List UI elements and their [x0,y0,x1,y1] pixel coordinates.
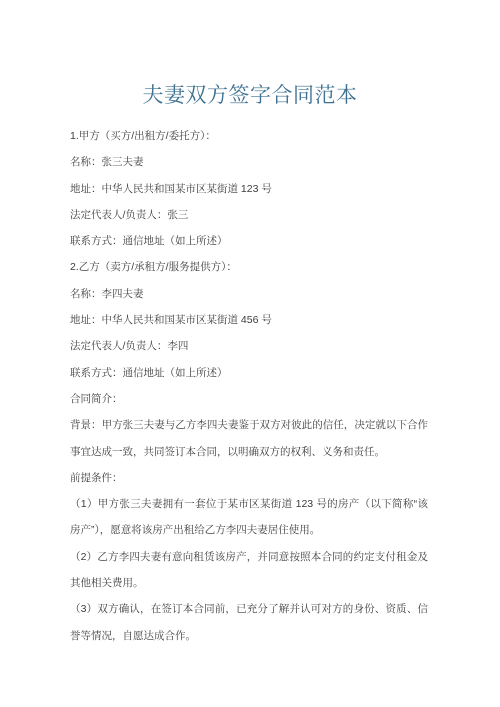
paragraph-party-a-representative: 法定代表人/负责人：张三 [70,202,428,228]
paragraph-party-b-representative: 法定代表人/负责人：李四 [70,333,428,359]
paragraph-precondition-1: （1）甲方张三夫妻拥有一套位于某市区某街道 123 号的房产（以下简称“该房产”… [70,491,428,544]
paragraph-party-b-contact: 联系方式：通信地址（如上所述） [70,360,428,386]
paragraph-party-a-name: 名称：张三夫妻 [70,149,428,175]
paragraph-preconditions-heading: 前提条件： [70,465,428,491]
contract-document-page: 夫妻双方签字合同范本 1.甲方（买方/出租方/委托方）： 名称：张三夫妻 地址：… [0,0,500,707]
document-title: 夫妻双方签字合同范本 [0,0,500,107]
paragraph-party-a-contact: 联系方式：通信地址（如上所述） [70,228,428,254]
paragraph-party-b-name: 名称：李四夫妻 [70,281,428,307]
paragraph-intro-heading: 合同简介： [70,386,428,412]
paragraph-party-b-address: 地址：中华人民共和国某市区某街道 456 号 [70,307,428,333]
paragraph-precondition-3: （3）双方确认，在签订本合同前，已充分了解并认可对方的身份、资质、信誉等情况，自… [70,596,428,649]
paragraph-party-a-heading: 1.甲方（买方/出租方/委托方）： [70,123,428,149]
paragraph-precondition-2: （2）乙方李四夫妻有意向租赁该房产，并同意按照本合同的约定支付租金及其他相关费用… [70,544,428,597]
document-body: 1.甲方（买方/出租方/委托方）： 名称：张三夫妻 地址：中华人民共和国某市区某… [70,123,428,649]
paragraph-party-b-heading: 2.乙方（卖方/承租方/服务提供方）： [70,254,428,280]
paragraph-background: 背景：甲方张三夫妻与乙方李四夫妻鉴于双方对彼此的信任，决定就以下合作事宜达成一致… [70,412,428,465]
paragraph-party-a-address: 地址：中华人民共和国某市区某街道 123 号 [70,176,428,202]
